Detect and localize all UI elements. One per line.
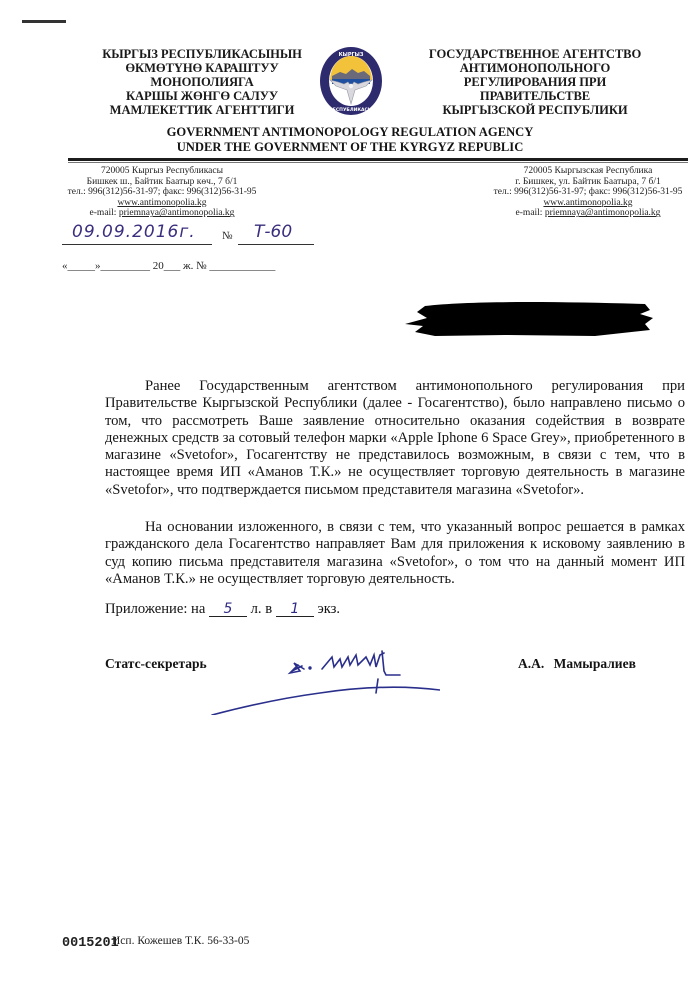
emblem-ring-text-bottom: РЕСПУБЛИКАСЫ [330, 107, 373, 113]
website-link[interactable]: www.antimonopolia.kg [468, 198, 700, 209]
header-line: РЕГУЛИРОВАНИЯ ПРИ [410, 75, 660, 89]
executor-info: Исп. Кожешев Т.К. 56-33-05 [112, 935, 249, 947]
handwritten-number: Т-60 [254, 222, 292, 242]
state-emblem-icon: КЫРГЫЗ РЕСПУБЛИКАСЫ [318, 46, 384, 116]
attachment-copies: 1 [276, 602, 314, 617]
attachment-line: Приложение: на 5 л. в 1 экз. [105, 601, 340, 618]
website-link[interactable]: www.antimonopolia.kg [62, 198, 262, 209]
scan-corner-mark [22, 20, 66, 23]
address-phone: тел.: 996(312)56-31-97; факс: 996(312)56… [62, 187, 262, 198]
header-divider-thick [68, 158, 688, 161]
attachment-middle: л. в [251, 601, 272, 617]
date-underline [62, 244, 212, 245]
header-line: КЫРГЫЗ РЕСПУБЛИКАСЫНЫН [82, 47, 322, 61]
body-paragraph-1: Ранее Государственным агентством антимон… [105, 378, 685, 499]
document-serial-number: 0015201 [62, 936, 119, 951]
address-phone: тел.: 996(312)56-31-97; факс: 996(312)56… [468, 187, 700, 198]
address-russian: 720005 Кыргызская Республика г. Бишкек, … [468, 166, 700, 219]
address-street: г. Бишкек, ул. Байтик Баатыра, 7 б/1 [468, 177, 700, 188]
address-email: e-mail: priemnaya@antimonopolia.kg [468, 208, 700, 219]
header-line: ПРАВИТЕЛЬСТВЕ [410, 89, 660, 103]
incoming-registration-blank: «_____»_________ 20___ ж. № ____________ [62, 260, 362, 272]
header-line: МОНОПОЛИЯГА [82, 75, 322, 89]
handwritten-signature-icon [200, 635, 440, 715]
outgoing-registration: 09.09.2016г. № Т-60 [62, 224, 322, 246]
header-russian-agency-name: ГОСУДАРСТВЕННОЕ АГЕНТСТВО АНТИМОНОПОЛЬНО… [410, 47, 660, 117]
header-line: UNDER THE GOVERNMENT OF THE KYRGYZ REPUB… [120, 140, 580, 155]
header-line: ГОСУДАРСТВЕННОЕ АГЕНТСТВО [410, 47, 660, 61]
email-label: e-mail: [90, 208, 119, 218]
redacted-recipient [395, 298, 653, 338]
email-label: e-mail: [516, 208, 545, 218]
email-link[interactable]: priemnaya@antimonopolia.kg [119, 208, 235, 218]
address-postal: 720005 Кыргызская Республика [468, 166, 700, 177]
number-sign: № [222, 230, 233, 242]
header-line: GOVERNMENT ANTIMONOPOLOGY REGULATION AGE… [120, 125, 580, 140]
emblem-ring-text-top: КЫРГЫЗ [339, 52, 364, 58]
address-kyrgyz: 720005 Кыргыз Республикасы Бишкек ш., Ба… [62, 166, 262, 219]
header-kyrgyz-agency-name: КЫРГЫЗ РЕСПУБЛИКАСЫНЫН ӨКМӨТҮНӨ КАРАШТУУ… [82, 47, 322, 117]
header-line: КАРШЫ ЖӨНГӨ САЛУУ [82, 89, 322, 103]
signatory-name: А.А. Мамыралиев [518, 656, 636, 672]
header-line: КЫРГЫЗСКОЙ РЕСПУБЛИКИ [410, 103, 660, 117]
signatory-title: Статс-секретарь [105, 656, 207, 672]
header-line: АНТИМОНОПОЛЬНОГО [410, 61, 660, 75]
header-line: ӨКМӨТҮНӨ КАРАШТУУ [82, 61, 322, 75]
address-email: e-mail: priemnaya@antimonopolia.kg [62, 208, 262, 219]
attachment-prefix: Приложение: на [105, 601, 205, 617]
header-line: МАМЛЕКЕТТИК АГЕНТТИГИ [82, 103, 322, 117]
handwritten-date: 09.09.2016г. [72, 222, 196, 242]
number-underline [238, 244, 314, 245]
address-postal: 720005 Кыргыз Республикасы [62, 166, 262, 177]
body-paragraph-2: На основании изложенного, в связи с тем,… [105, 519, 685, 588]
header-english-agency-name: GOVERNMENT ANTIMONOPOLOGY REGULATION AGE… [120, 125, 580, 155]
email-link[interactable]: priemnaya@antimonopolia.kg [545, 208, 661, 218]
header-divider-thin [68, 162, 688, 163]
attachment-pages: 5 [209, 602, 247, 617]
attachment-suffix: экз. [317, 601, 340, 617]
address-street: Бишкек ш., Байтик Баатыр көч., 7 б/1 [62, 177, 262, 188]
